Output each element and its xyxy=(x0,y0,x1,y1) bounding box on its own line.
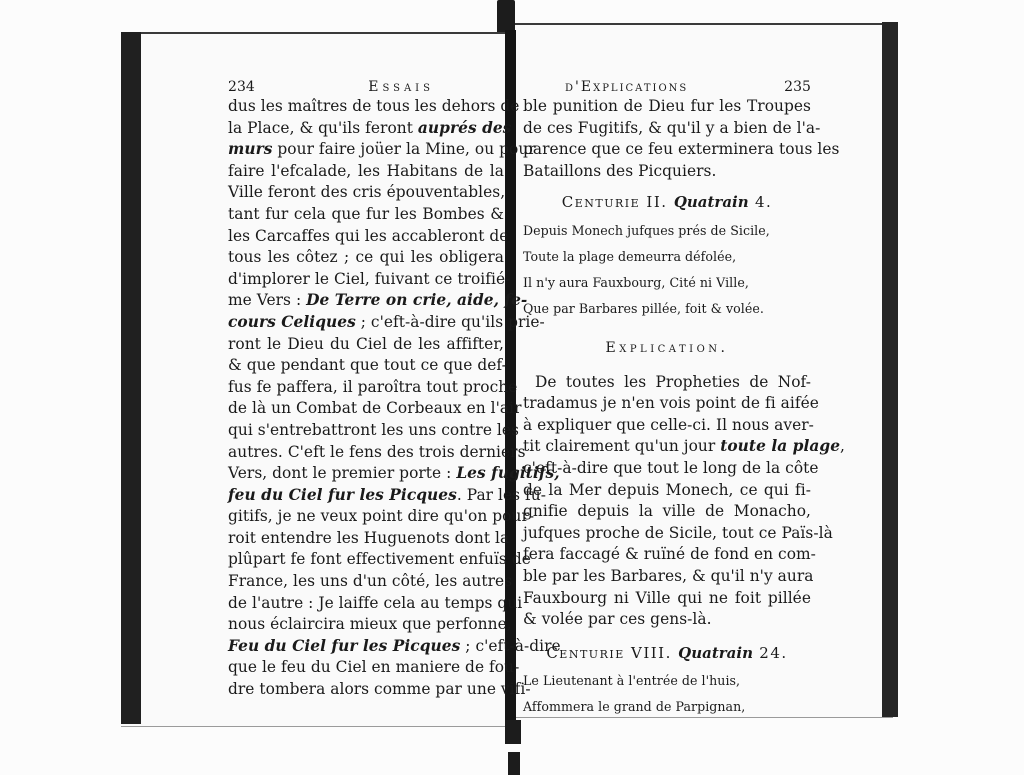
right-running-head: d'Explications 235 xyxy=(523,78,811,96)
text-line: qui s'entrebattront les uns contre les xyxy=(228,420,504,442)
text-line: Bataillons des Picquiers. xyxy=(523,161,811,183)
page-number: 234 xyxy=(228,78,255,96)
binding-spine-tail xyxy=(508,752,520,775)
text-line: de ces Fugitifs, & qu'il y a bien de l'a… xyxy=(523,118,811,140)
left-body-text: dus les maîtres de tous les dehors dela … xyxy=(228,96,504,701)
running-title: Essais xyxy=(368,78,434,96)
text-line: d'implorer le Ciel, fuivant ce troifié- xyxy=(228,269,504,291)
text-line: ble par les Barbares, & qu'il n'y aura xyxy=(523,566,811,588)
text-line: autres. C'eft le fens des trois derniers xyxy=(228,442,504,464)
left-running-head: 234 Essais xyxy=(228,78,504,96)
text-line: & volée par ces gens-là. xyxy=(523,609,811,631)
text-line: gnifie depuis la ville de Monacho, xyxy=(523,501,811,523)
text-line: France, les uns d'un côté, les autres xyxy=(228,571,504,593)
verse-line: Le Lieutenant à l'entrée de l'huis, xyxy=(523,668,811,694)
text-line: Ville feront des cris épouventables, xyxy=(228,182,504,204)
text-line: nous éclaircira mieux que perfonne, xyxy=(228,614,504,636)
binding-spine-top xyxy=(497,0,515,32)
text-line: ront le Dieu du Ciel de les affifter, xyxy=(228,334,504,356)
text-line: les Carcaffes qui les accableront de xyxy=(228,226,504,248)
left-page-text: 234 Essais dus les maîtres de tous les d… xyxy=(228,78,504,701)
verse-line: Affommera le grand de Parpignan, xyxy=(523,694,811,720)
quatrain-verses: Depuis Monech jufques prés de Sicile,Tou… xyxy=(523,218,811,322)
verse-line: Depuis Monech jufques prés de Sicile, xyxy=(523,218,811,244)
text-line: la Place, & qu'ils feront auprés des xyxy=(228,118,504,140)
text-line: c'eft-à-dire que tout le long de la côte xyxy=(523,458,811,480)
section-heading-centurie-2: Centurie II. Quatrain 4. xyxy=(523,192,811,214)
text-line: dus les maîtres de tous les dehors de xyxy=(228,96,504,118)
text-line: murs pour faire joüer la Mine, ou pour xyxy=(228,139,504,161)
left-page-edge-shadow xyxy=(121,32,141,724)
text-line: que le feu du Ciel en maniere de fou- xyxy=(228,657,504,679)
text-line: fera faccagé & ruïné de fond en com- xyxy=(523,544,811,566)
page-number: 235 xyxy=(784,78,811,96)
binding-spine-foot xyxy=(505,720,521,744)
text-line: fus fe paffera, il paroîtra tout proche xyxy=(228,377,504,399)
text-line: de là un Combat de Corbeaux en l'air xyxy=(228,398,504,420)
text-line: jufques proche de Sicile, tout ce Païs-l… xyxy=(523,523,811,545)
text-line: cours Celiques ; c'eft-à-dire qu'ils pri… xyxy=(228,312,504,334)
text-line: tradamus je n'en vois point de fi aifée xyxy=(523,393,811,415)
text-line: De toutes les Propheties de Nof- xyxy=(523,372,811,394)
verse-line: Que par Barbares pillée, foit & volée. xyxy=(523,296,811,322)
text-line: gitifs, je ne veux point dire qu'on pour… xyxy=(228,506,504,528)
section-heading-centurie-8: Centurie VIII. Quatrain 24. xyxy=(523,643,811,665)
right-page-text: d'Explications 235 ble punition de Dieu … xyxy=(523,78,811,720)
text-line: roit entendre les Huguenots dont la xyxy=(228,528,504,550)
text-line: plûpart fe font effectivement enfuïs de xyxy=(228,549,504,571)
verse-line: Il n'y aura Fauxbourg, Cité ni Ville, xyxy=(523,270,811,296)
explication-heading: Explication. xyxy=(523,338,811,360)
text-line: faire l'efcalade, les Habitans de la xyxy=(228,161,504,183)
right-page-edge-shadow xyxy=(882,22,898,717)
text-line: tant fur cela que fur les Bombes & xyxy=(228,204,504,226)
text-line: tous les côtez ; ce qui les obligera xyxy=(228,247,504,269)
right-intro-text: ble punition de Dieu fur les Troupesde c… xyxy=(523,96,811,182)
text-line: parence que ce feu exterminera tous les xyxy=(523,139,811,161)
text-line: dre tombera alors comme par une vifi- xyxy=(228,679,504,701)
text-line: ble punition de Dieu fur les Troupes xyxy=(523,96,811,118)
text-line: me Vers : De Terre on crie, aide, fe- xyxy=(228,290,504,312)
text-line: Vers, dont le premier porte : Les fugiti… xyxy=(228,463,504,485)
explication-text: De toutes les Propheties de Nof-tradamus… xyxy=(523,372,811,631)
text-line: feu du Ciel fur les Picques. Par les fu- xyxy=(228,485,504,507)
text-line: à expliquer que celle-ci. Il nous aver- xyxy=(523,415,811,437)
text-line: tit clairement qu'un jour toute la plage… xyxy=(523,436,811,458)
text-line: Feu du Ciel fur les Picques ; c'eft-à-di… xyxy=(228,636,504,658)
text-line: & que pendant que tout ce que def- xyxy=(228,355,504,377)
text-line: Fauxbourg ni Ville qui ne foit pillée xyxy=(523,588,811,610)
open-book-scan: 234 Essais dus les maîtres de tous les d… xyxy=(0,0,1024,775)
text-line: de l'autre : Je laiffe cela au temps qui xyxy=(228,593,504,615)
quatrain-verses: Le Lieutenant à l'entrée de l'huis,Affom… xyxy=(523,668,811,720)
verse-line: Toute la plage demeurra défolée, xyxy=(523,244,811,270)
running-title: d'Explications xyxy=(565,78,688,96)
text-line: de la Mer depuis Monech, ce qui fi- xyxy=(523,480,811,502)
